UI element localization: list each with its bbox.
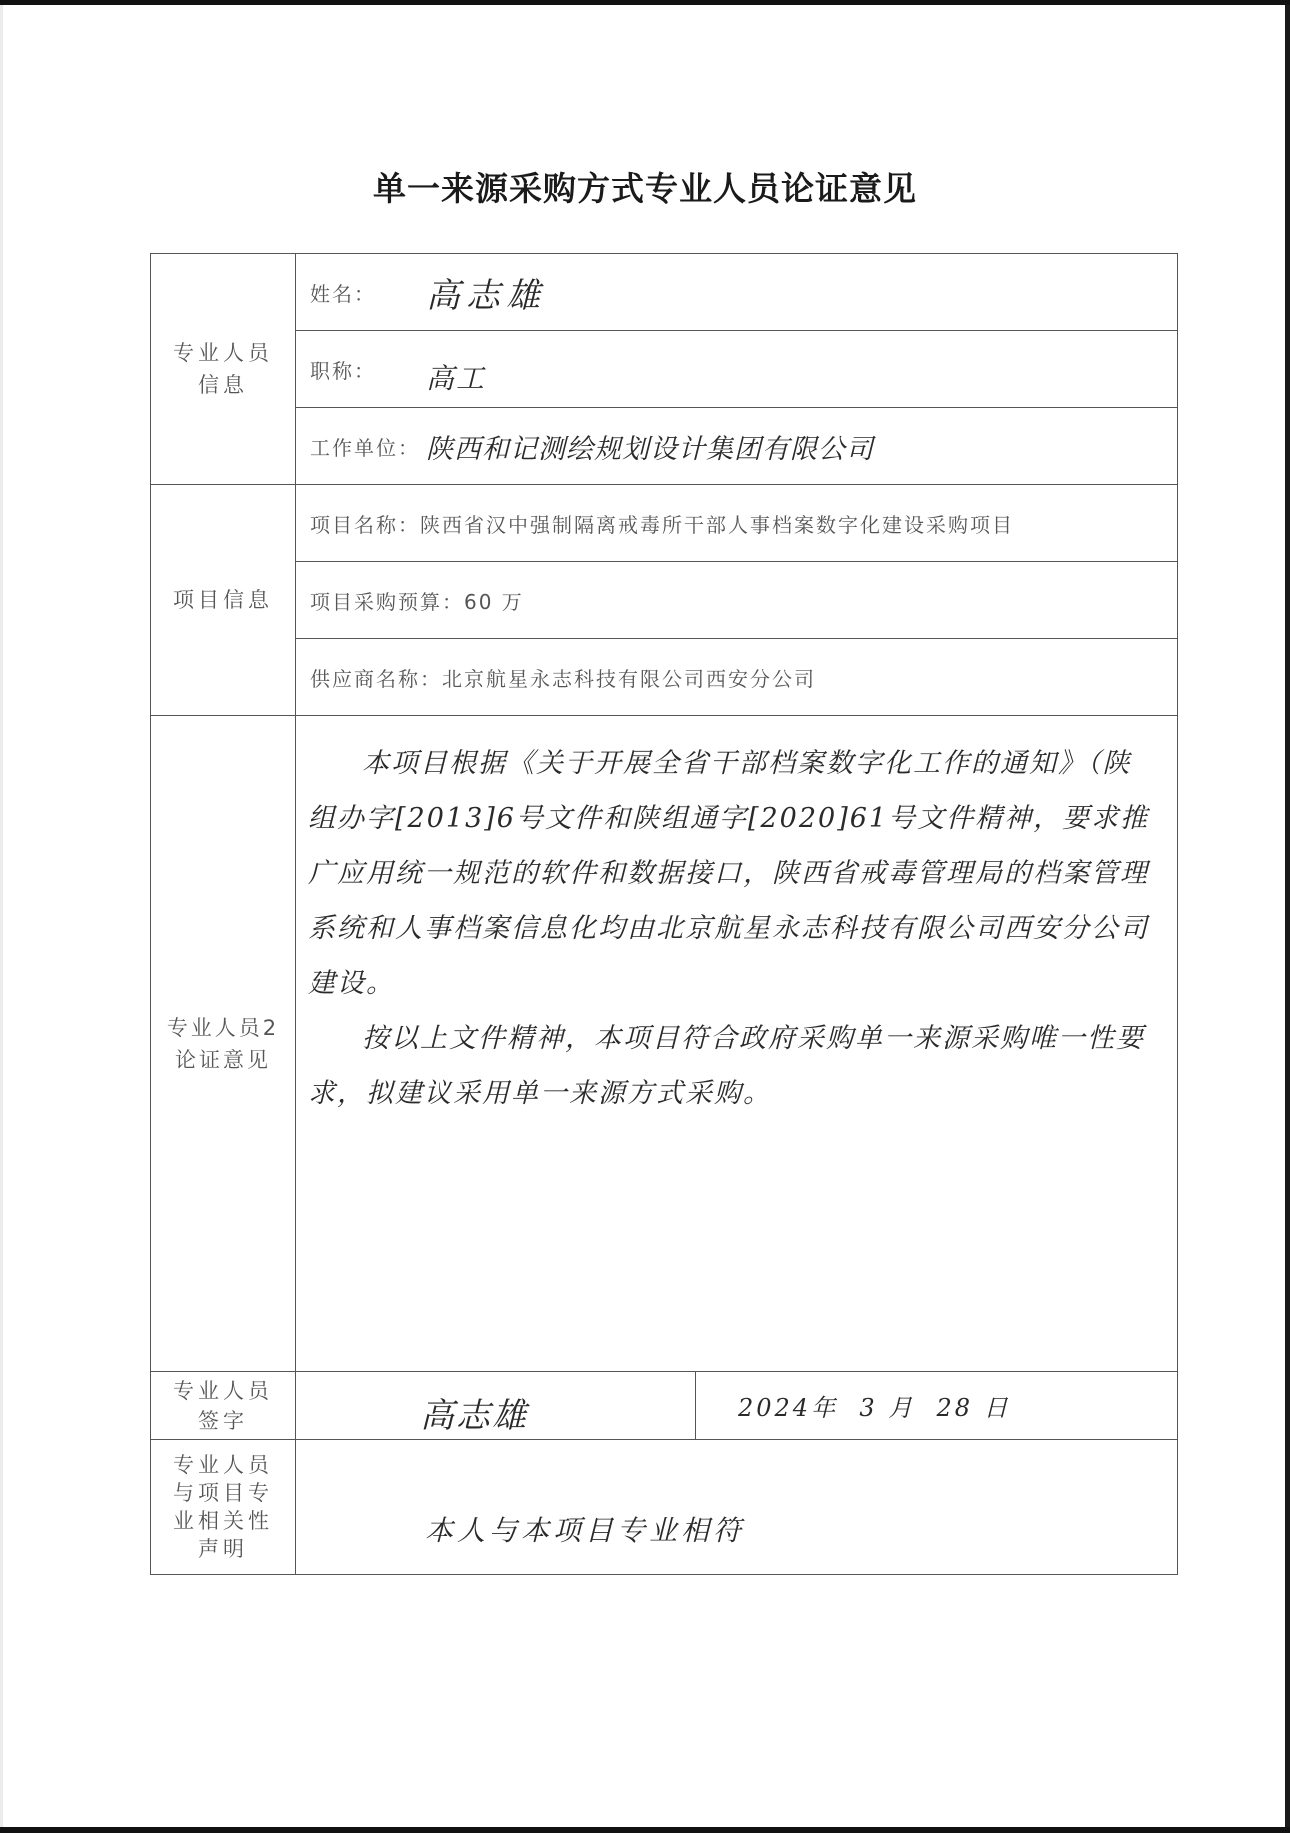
supplier-row: 供应商名称： 北京航星永志科技有限公司西安分公司 <box>295 638 1178 716</box>
project-info-label: 项目信息 <box>150 484 296 716</box>
label-line: 专业人员 <box>173 1376 273 1406</box>
label-line: 专业人员 <box>173 1451 273 1479</box>
date-cell: 2024年 3 月 28 日 <box>695 1371 1178 1440</box>
budget-row: 项目采购预算： 60 万 <box>295 561 1178 639</box>
supplier-value: 北京航星永志科技有限公司西安分公司 <box>442 663 816 692</box>
left-edge <box>0 5 3 1827</box>
bottom-border <box>0 1827 1290 1833</box>
relevance-cell: 本人与本项目专业相符 <box>295 1439 1178 1575</box>
employer-value: 陕西和记测绘规划设计集团有限公司 <box>426 427 874 466</box>
project-name-key: 项目名称： <box>310 509 420 538</box>
signature-label: 专业人员 签字 <box>150 1371 296 1440</box>
opinion-text: 本项目根据《关于开展全省干部档案数字化工作的通知》（陕组办字[2013]6号文件… <box>295 715 1178 1372</box>
employer-row: 工作单位： 陕西和记测绘规划设计集团有限公司 <box>295 407 1178 485</box>
employer-key: 工作单位： <box>310 432 420 461</box>
budget-value: 60 万 <box>464 586 524 615</box>
signature-cell: 高志雄 <box>295 1371 696 1440</box>
name-key: 姓名： <box>310 278 376 307</box>
expert-info-label: 专业人员 信息 <box>150 253 296 485</box>
form-table: 专业人员 信息 姓名： 高志雄 职称： 高工 工作单位： 陕西和记测绘规划设计集… <box>150 253 1178 1575</box>
document-title: 单一来源采购方式专业人员论证意见 <box>0 163 1290 210</box>
opinion-paragraph-1: 本项目根据《关于开展全省干部档案数字化工作的通知》（陕组办字[2013]6号文件… <box>308 736 1159 1011</box>
project-name-row: 项目名称： 陕西省汉中强制隔离戒毒所干部人事档案数字化建设采购项目 <box>295 484 1178 562</box>
right-border <box>1285 5 1290 1827</box>
label-line: 专业人员2 <box>167 1012 279 1044</box>
label-line: 签字 <box>173 1406 273 1436</box>
supplier-key: 供应商名称： <box>310 663 442 692</box>
title-key: 职称： <box>310 355 376 384</box>
signature-value: 高志雄 <box>420 1374 528 1437</box>
label-line: 专业人员 <box>173 337 273 369</box>
name-value: 高志雄 <box>426 268 546 317</box>
label-line: 业相关性 <box>173 1507 273 1535</box>
name-row: 姓名： 高志雄 <box>295 253 1178 331</box>
label-line: 信息 <box>173 369 273 401</box>
relevance-statement: 本人与本项目专业相符 <box>425 1465 745 1549</box>
relevance-label: 专业人员 与项目专 业相关性 声明 <box>150 1439 296 1575</box>
label-line: 论证意见 <box>167 1044 279 1076</box>
title-row: 职称： 高工 <box>295 330 1178 408</box>
title-value: 高工 <box>426 341 486 397</box>
label-line: 与项目专 <box>173 1479 273 1507</box>
label-line: 声明 <box>173 1535 273 1563</box>
date-value: 2024年 3 月 28 日 <box>738 1388 1011 1423</box>
top-border <box>0 0 1290 5</box>
opinion-paragraph-2: 按以上文件精神，本项目符合政府采购单一来源采购唯一性要求，拟建议采用单一来源方式… <box>308 1011 1159 1121</box>
opinion-label: 专业人员2 论证意见 <box>150 715 296 1372</box>
project-name-value: 陕西省汉中强制隔离戒毒所干部人事档案数字化建设采购项目 <box>420 509 1014 538</box>
budget-key: 项目采购预算： <box>310 586 464 615</box>
label-text: 项目信息 <box>173 584 273 616</box>
